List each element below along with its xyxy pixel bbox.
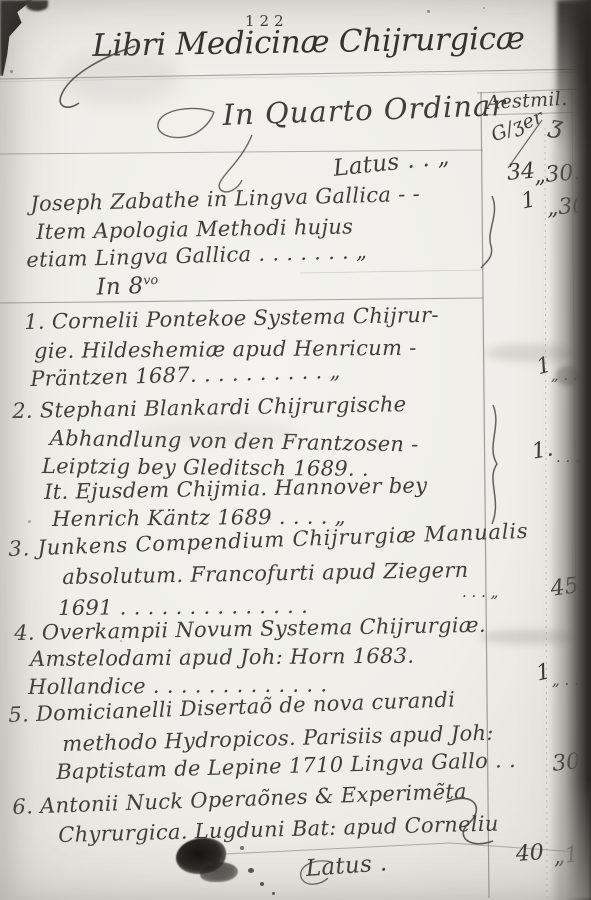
entry-line: gie. Hildeshemiæ apud Henricum -: [34, 336, 417, 363]
octavo-heading-sup: vo: [143, 272, 158, 288]
octavo-heading: In 8vo: [96, 272, 159, 301]
scan-page-edge-top: [557, 0, 591, 150]
manuscript-page: 122 Libri Medicinæ Chijrurgicæ In Quarto…: [0, 0, 591, 900]
entry-value-leader: . . . „: [462, 583, 498, 601]
latus-top-florins: 34: [506, 159, 536, 186]
page-title: Libri Medicinæ Chijrurgicæ: [92, 20, 525, 64]
scan-corner-smear: [26, 0, 48, 11]
octavo-heading-base: In 8: [96, 273, 144, 301]
latus-bottom-florins: 40: [515, 840, 545, 867]
entry-line: Amstelodami apud Joh: Horn 1683.: [30, 644, 414, 671]
scan-page-edge-bottom: [561, 780, 591, 900]
